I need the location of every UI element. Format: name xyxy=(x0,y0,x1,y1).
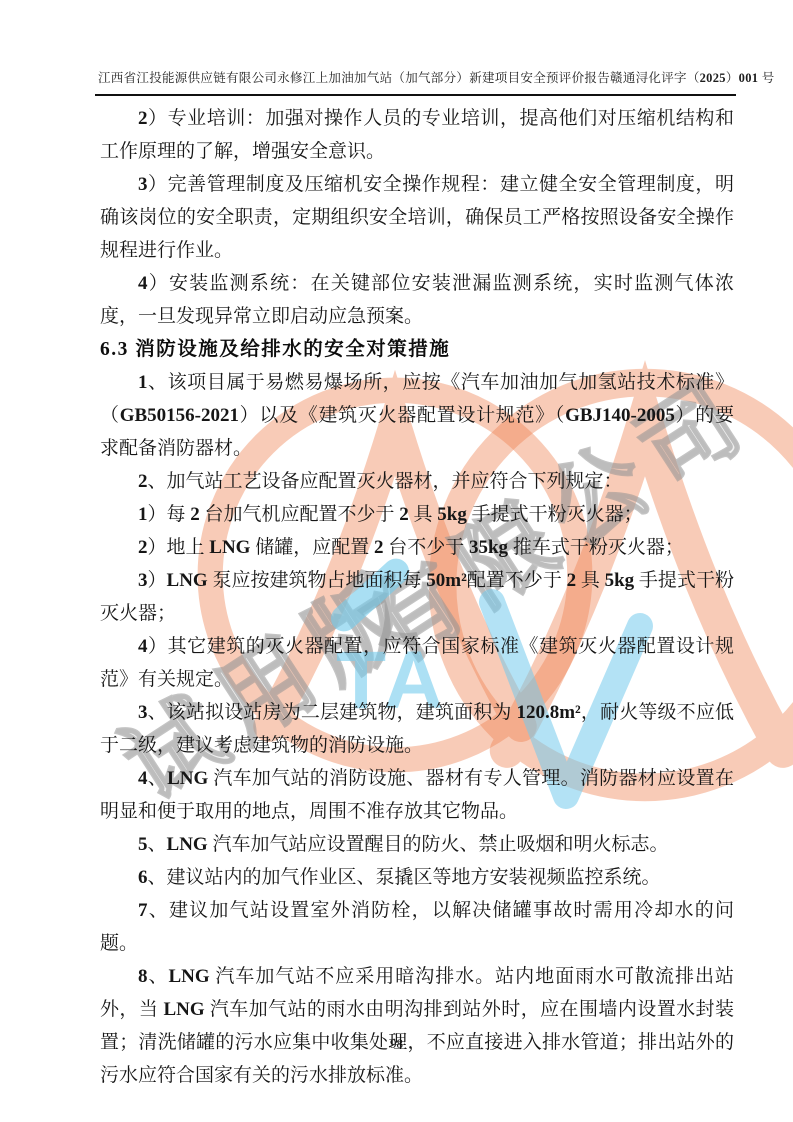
section-heading: 6.3 消防设施及给排水的安全对策措施 xyxy=(100,333,734,366)
paragraph: 6、建议站内的加气作业区、泵撬区等地方安装视频监控系统。 xyxy=(100,861,734,894)
header-doc-number: 赣通浔化评字（2025）001 号 xyxy=(610,68,775,86)
header-report-title: 江西省江投能源供应链有限公司永修江上加油加气站（加气部分）新建项目安全预评价报告 xyxy=(98,68,610,86)
page-footer: 98 xyxy=(0,1036,793,1052)
page-header: 江西省江投能源供应链有限公司永修江上加油加气站（加气部分）新建项目安全预评价报告… xyxy=(98,68,734,86)
document-page: 试用版 有限公司 TA 江西省江投能源供应链有限公司永修江上加油加气站（加气部分… xyxy=(0,0,793,1122)
paragraph: 3、该站拟设站房为二层建筑物，建筑面积为 120.8m²，耐火等级不应低于二级，… xyxy=(100,696,734,762)
paragraph: 1）每 2 台加气机应配置不少于 2 具 5kg 手提式干粉灭火器； xyxy=(100,498,734,531)
paragraph: 2）地上 LNG 储罐，应配置 2 台不少于 35kg 推车式干粉灭火器； xyxy=(100,531,734,564)
paragraph: 7、建议加气站设置室外消防栓，以解决储罐事故时需用冷却水的问题。 xyxy=(100,894,734,960)
paragraph: 2）专业培训：加强对操作人员的专业培训，提高他们对压缩机结构和工作原理的了解，增… xyxy=(100,102,734,168)
paragraph: 4、LNG 汽车加气站的消防设施、器材有专人管理。消防器材应设置在明显和便于取用… xyxy=(100,762,734,828)
document-body: 2）专业培训：加强对操作人员的专业培训，提高他们对压缩机结构和工作原理的了解，增… xyxy=(100,102,734,1092)
page-number: 98 xyxy=(390,1036,403,1051)
header-rule xyxy=(95,94,736,96)
paragraph: 4）其它建筑的灭火器配置，应符合国家标准《建筑灭火器配置设计规范》有关规定。 xyxy=(100,630,734,696)
paragraph: 1、该项目属于易燃易爆场所，应按《汽车加油加气加氢站技术标准》（GB50156-… xyxy=(100,366,734,465)
paragraph: 3）完善管理制度及压缩机安全操作规程：建立健全安全管理制度，明确该岗位的安全职责… xyxy=(100,168,734,267)
paragraph: 8、LNG 汽车加气站不应采用暗沟排水。站内地面雨水可散流排出站外，当 LNG … xyxy=(100,960,734,1092)
paragraph: 4）安装监测系统：在关键部位安装泄漏监测系统，实时监测气体浓度，一旦发现异常立即… xyxy=(100,267,734,333)
paragraph: 2、加气站工艺设备应配置灭火器材，并应符合下列规定： xyxy=(100,465,734,498)
paragraph: 5、LNG 汽车加气站应设置醒目的防火、禁止吸烟和明火标志。 xyxy=(100,828,734,861)
paragraph: 3）LNG 泵应按建筑物占地面积每 50m²配置不少于 2 具 5kg 手提式干… xyxy=(100,564,734,630)
